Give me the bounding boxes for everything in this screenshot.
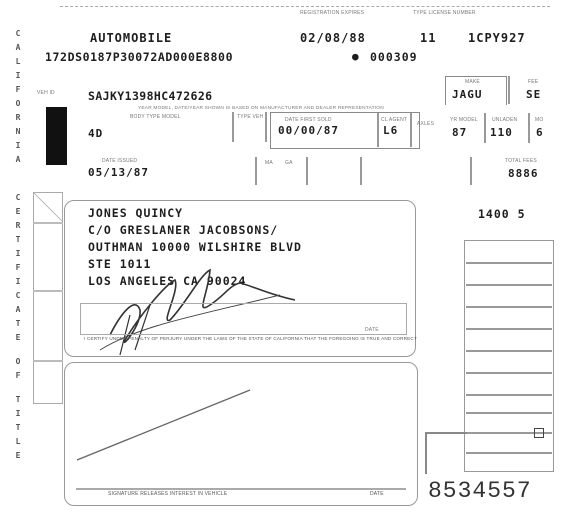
stair-connector xyxy=(425,432,467,474)
total-fees-label: TOTAL FEES xyxy=(505,158,537,164)
date-first-sold: 00/00/87 xyxy=(278,124,339,137)
vin-label: VEH ID xyxy=(37,90,55,96)
date-issued: 05/13/87 xyxy=(88,166,149,179)
unladen: 110 xyxy=(490,126,513,139)
model-note: YEAR MODEL, DATE/YEAR SHOWN IS BASED ON … xyxy=(138,106,384,111)
type-veh-label: TYPE VEH xyxy=(237,114,263,120)
fees-code: SE xyxy=(526,88,541,101)
left-stub-column xyxy=(33,192,63,404)
registration-expires-label: REGISTRATION EXPIRES xyxy=(300,10,364,16)
ga-label: GA xyxy=(285,160,293,166)
make-label: MAKE xyxy=(465,79,480,85)
type-license-number-label: TYPE LICENSE NUMBER xyxy=(413,10,476,16)
year-model-label: YR MODEL xyxy=(450,117,478,123)
mo-code: 6 xyxy=(536,126,544,139)
owner-name: JONES QUINCY xyxy=(88,206,183,220)
axles-label: AXLES xyxy=(417,121,434,127)
header-rule xyxy=(60,6,550,8)
expiration-date: 02/08/88 xyxy=(300,31,366,45)
owner-address-line-3: OUTHMAN 10000 WILSHIRE BLVD xyxy=(88,240,302,254)
class-code: L6 xyxy=(383,124,398,137)
date-issued-label: DATE ISSUED xyxy=(102,158,137,164)
control-number: 8534557 xyxy=(428,478,532,504)
signature-date-label: DATE xyxy=(365,327,379,333)
type-code: 11 xyxy=(420,31,436,45)
ma-label: MA xyxy=(265,160,273,166)
make-value: JAGU xyxy=(452,88,483,101)
stub-diagonal xyxy=(34,193,62,221)
lienholder-date-label: DATE xyxy=(370,491,384,497)
vin-value: SAJKY1398HC472626 xyxy=(88,89,213,103)
lienholder-release-label: SIGNATURE RELEASES INTEREST IN VEHICLE xyxy=(108,491,227,497)
class-label: CL AGENT xyxy=(381,117,407,123)
license-number: 1CPY927 xyxy=(468,31,526,45)
signature-certification: I CERTIFY UNDER PENALTY OF PERJURY UNDER… xyxy=(84,336,417,341)
unladen-label: UNLADEN xyxy=(492,117,517,123)
body-type-label: BODY TYPE MODEL xyxy=(130,114,181,120)
fees-label: FEE xyxy=(528,79,538,85)
date-first-sold-label: DATE FIRST SOLD xyxy=(285,117,332,123)
panel-marker xyxy=(534,428,544,438)
body-type: 4D xyxy=(88,127,103,140)
mo-label: MO xyxy=(535,117,543,123)
owner-address-line-2: C/O GRESLANER JACOBSONS/ xyxy=(88,223,278,237)
black-marker-block xyxy=(46,107,67,165)
signature-line-box xyxy=(80,303,407,335)
year-model: 87 xyxy=(452,126,467,139)
document-id-line: 172DS0187P30072AD000E8800 xyxy=(45,50,233,64)
total-fees: 8886 xyxy=(508,167,539,180)
vehicle-type: AUTOMOBILE xyxy=(90,31,172,45)
lienholder-pen-stroke xyxy=(75,385,265,465)
document-sequence: 000309 xyxy=(370,50,418,64)
bullet-marker: ● xyxy=(352,50,360,63)
odometer-code: 1400 5 xyxy=(478,207,526,221)
